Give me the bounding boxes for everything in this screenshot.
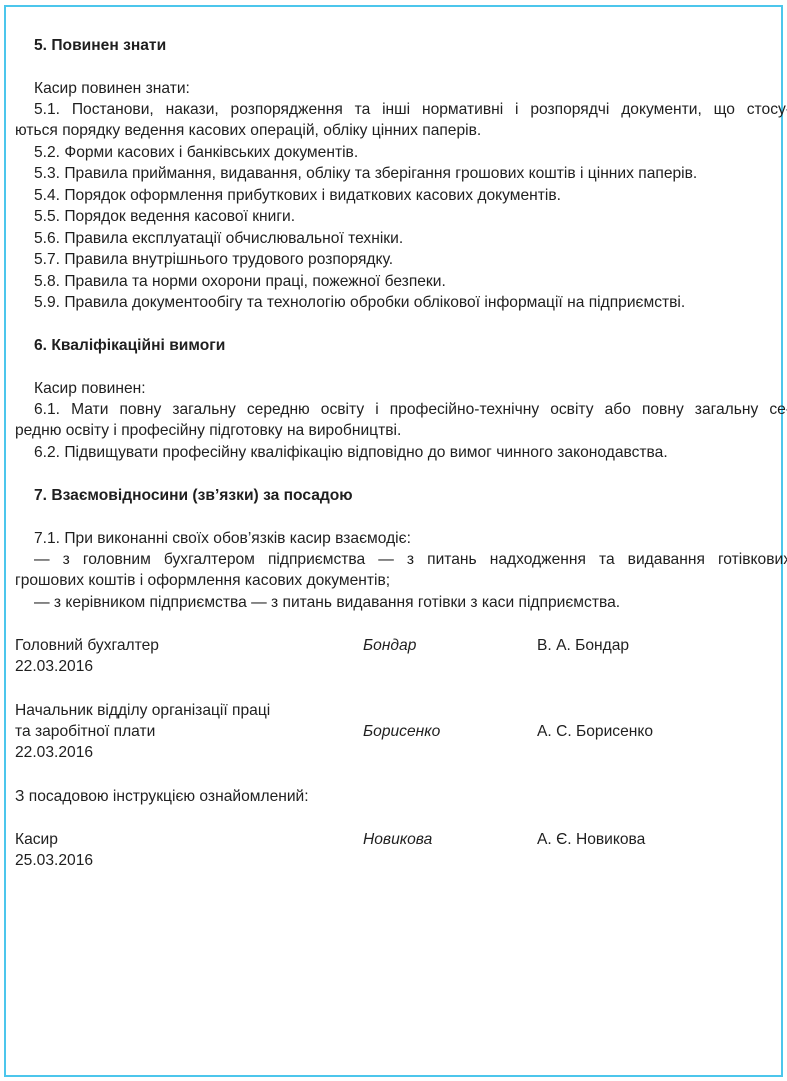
item-5-1-line2: ються порядку ведення касових операцій, … — [15, 120, 772, 141]
signature-name: В. А. Бондар — [537, 635, 629, 656]
signature-handwritten: Новикова — [363, 829, 432, 850]
signature-position-line1: Начальник відділу організації праці — [15, 700, 772, 721]
item-5-5: 5.5. Порядок ведення касової книги. — [15, 206, 787, 227]
section-7-title: 7. Взаємовідносини (зв’язки) за посадою — [15, 485, 353, 506]
signature-position: та заробітної плати — [15, 721, 155, 742]
item-5-4: 5.4. Порядок оформлення прибуткових і ви… — [15, 185, 787, 206]
item-7-2-line1: — з головним бухгалтером підприємства — … — [15, 549, 787, 570]
item-6-1-line1: 6.1. Мати повну загальну середню освіту … — [15, 399, 787, 420]
signature-name: А. Є. Новикова — [537, 829, 645, 850]
item-5-1-line1: 5.1. Постанови, накази, розпорядження та… — [15, 99, 787, 120]
item-7-1: 7.1. При виконанні своїх обов’язків каси… — [15, 528, 787, 549]
signature-handwritten: Борисенко — [363, 721, 440, 742]
section-6-intro: Касир повинен: — [15, 378, 787, 399]
item-7-2-line2: грошових коштів і оформлення касових док… — [15, 570, 772, 591]
item-5-3: 5.3. Правила приймання, видавання, облік… — [15, 163, 787, 184]
signature-handwritten: Бондар — [363, 635, 416, 656]
item-5-9: 5.9. Правила документообігу та технологі… — [15, 292, 787, 313]
item-5-7: 5.7. Правила внутрішнього трудового розп… — [15, 249, 787, 270]
section-5-title: 5. Повинен знати — [15, 35, 166, 56]
item-5-2: 5.2. Форми касових і банківських докумен… — [15, 142, 787, 163]
signature-date: 22.03.2016 — [15, 742, 772, 763]
acknowledgement-text: З посадовою інструкцією ознайомлений: — [15, 786, 772, 807]
signature-position: Головний бухгалтер — [15, 635, 159, 656]
item-6-2: 6.2. Підвищувати професійну кваліфікацію… — [15, 442, 787, 463]
signature-date: 25.03.2016 — [15, 850, 772, 871]
signature-name: А. С. Борисенко — [537, 721, 653, 742]
item-7-3: — з керівником підприємства — з питань в… — [15, 592, 787, 613]
signature-date: 22.03.2016 — [15, 656, 772, 677]
item-5-8: 5.8. Правила та норми охорони праці, пож… — [15, 271, 787, 292]
signature-position: Касир — [15, 829, 58, 850]
section-5-intro: Касир повинен знати: — [15, 78, 787, 99]
item-6-1-line2: редню освіту і професійну підготовку на … — [15, 420, 772, 441]
section-6-title: 6. Кваліфікаційні вимоги — [15, 335, 225, 356]
item-5-6: 5.6. Правила експлуатації обчислювальної… — [15, 228, 787, 249]
